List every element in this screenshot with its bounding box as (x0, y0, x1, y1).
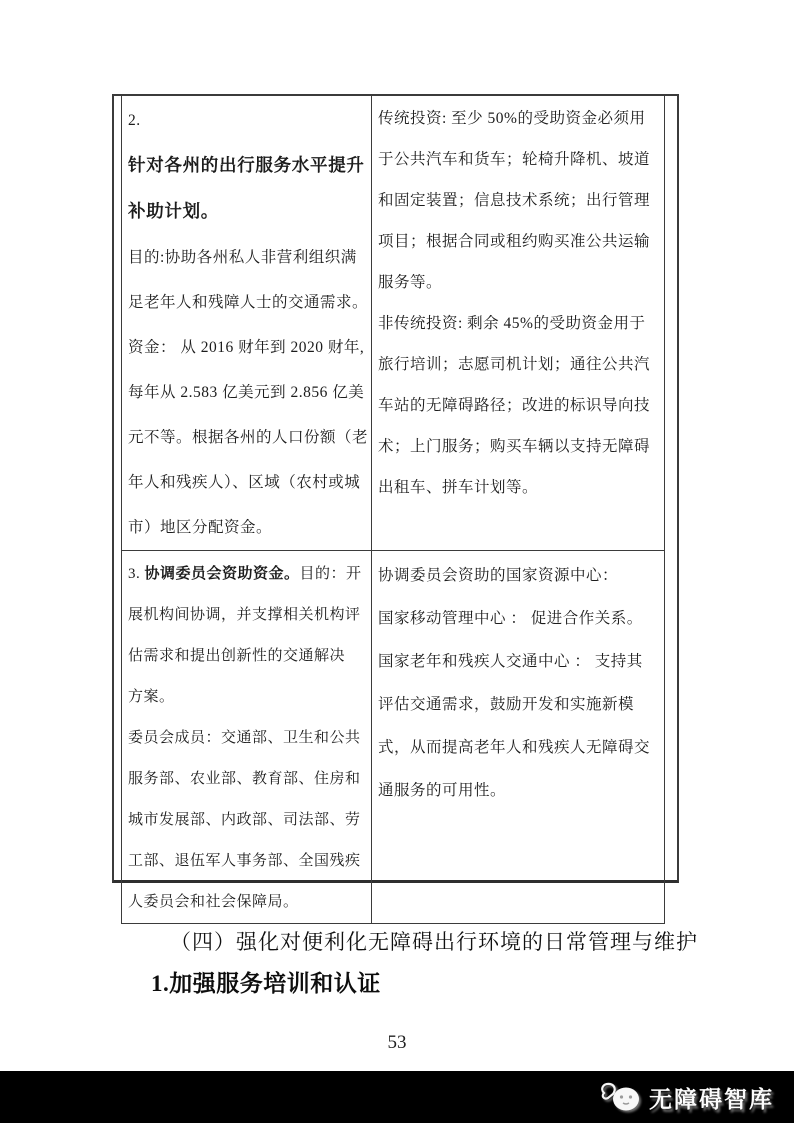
brand-watermark: 无障碍智库 (598, 1071, 774, 1123)
table-row: 3. 协调委员会资助资金。目的：开 展机构间协调，并支撑相关机构评 估需求和提出… (122, 551, 665, 924)
program-2-investments-text: 传统投资: 至少 50%的受助资金必须用 于公共汽车和货车；轮椅升降机、坡道 和… (378, 110, 650, 496)
program-3-centers-text: 协调委员会资助的国家资源中心： 国家移动管理中心 ： 促进合作关系。 国家老年和… (378, 567, 650, 799)
subsection-title: 加强服务培训和认证 (169, 971, 381, 996)
subsection-heading: 1.加强服务培训和认证 (151, 965, 381, 998)
program-2-body: 目的:协助各州私人非营利组织满 足老年人和残障人士的交通需求。 资金： 从 20… (128, 249, 368, 536)
funding-programs-table: 2.针对各州的出行服务水平提升 补助计划。 目的:协助各州私人非营利组织满 足老… (121, 94, 665, 924)
cell-program-3-centers: 协调委员会资助的国家资源中心： 国家移动管理中心 ： 促进合作关系。 国家老年和… (372, 551, 665, 924)
page-number: 53 (0, 1032, 794, 1054)
program-3-title: 协调委员会资助资金。 (145, 566, 300, 582)
footer-watermark-bar: 无障碍智库 (0, 1071, 794, 1123)
subsection-number: 1. (151, 971, 169, 996)
brand-name: 无障碍智库 (649, 1081, 774, 1114)
program-2-title: 针对各州的出行服务水平提升 补助计划。 (128, 155, 365, 221)
program-3-body: 目的：开 展机构间协调，并支撑相关机构评 估需求和提出创新性的交通解决 方案。 … (128, 566, 362, 910)
item-number: 3. (128, 566, 145, 582)
section-heading: （四）强化对便利化无障碍出行环境的日常管理与维护 (170, 926, 698, 956)
cell-program-2-investments: 传统投资: 至少 50%的受助资金必须用 于公共汽车和货车；轮椅升降机、坡道 和… (372, 95, 665, 551)
brand-logo-icon (598, 1079, 642, 1115)
cell-program-2-description: 2.针对各州的出行服务水平提升 补助计划。 目的:协助各州私人非营利组织满 足老… (122, 95, 372, 551)
table-row: 2.针对各州的出行服务水平提升 补助计划。 目的:协助各州私人非营利组织满 足老… (122, 95, 665, 551)
item-number: 2. (128, 112, 141, 129)
document-page: 2.针对各州的出行服务水平提升 补助计划。 目的:协助各州私人非营利组织满 足老… (0, 0, 794, 1123)
cell-program-3-description: 3. 协调委员会资助资金。目的：开 展机构间协调，并支撑相关机构评 估需求和提出… (122, 551, 372, 924)
